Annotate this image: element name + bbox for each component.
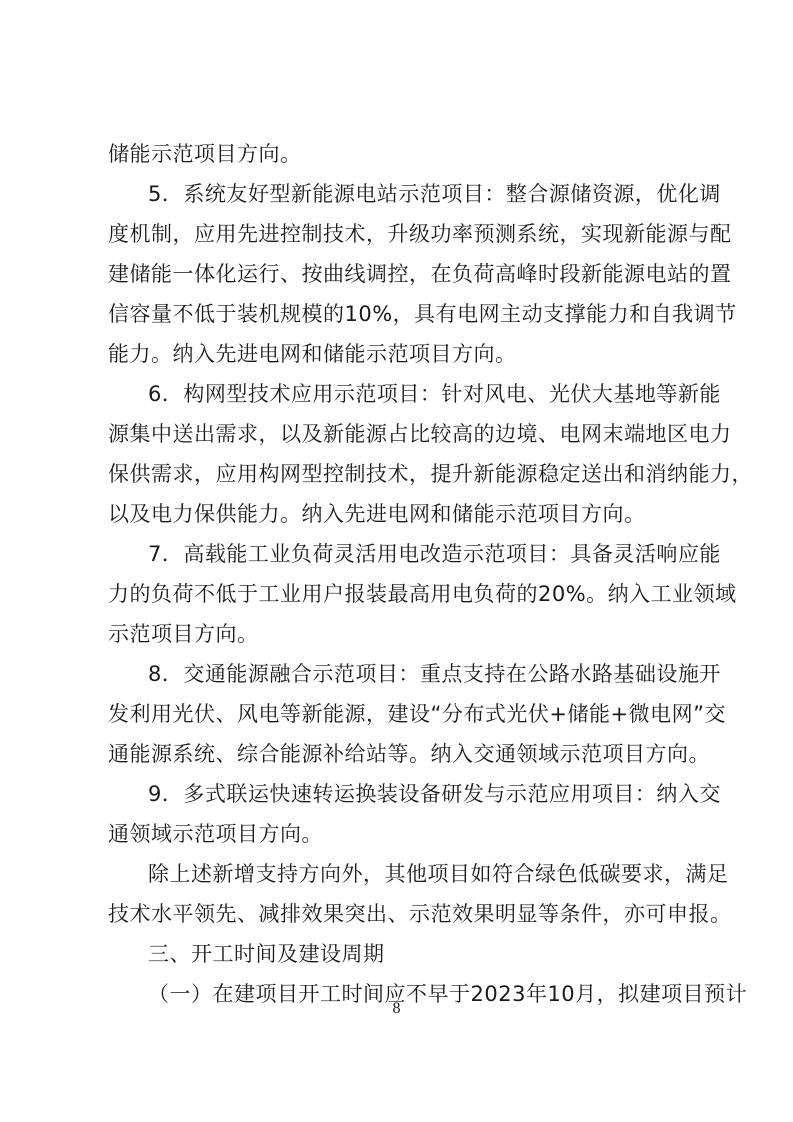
text-line: 通领域示范项目方向。	[108, 814, 688, 854]
text-line: 以及电力保供能力。纳入先进电网和储能示范项目方向。	[108, 494, 688, 534]
item-5-heading: 5．系统友好型新能源电站示范项目：整合源储资源，优化调	[108, 174, 688, 214]
body-text: 储能示范项目方向。 5．系统友好型新能源电站示范项目：整合源储资源，优化调 度机…	[108, 134, 688, 1014]
section-heading-3: 三、开工时间及建设周期	[108, 934, 688, 974]
text-line: 技术水平领先、减排效果突出、示范效果明显等条件，亦可申报。	[108, 894, 688, 934]
item-7-heading: 7．高载能工业负荷灵活用电改造示范项目：具备灵活响应能	[108, 534, 688, 574]
text-line: 能力。纳入先进电网和储能示范项目方向。	[108, 334, 688, 374]
page-number: 8	[0, 1000, 793, 1018]
text-line: 力的负荷不低于工业用户报装最高用电负荷的20%。纳入工业领域	[108, 574, 688, 614]
text-line: 发利用光伏、风电等新能源，建设“分布式光伏+储能+微电网”交	[108, 694, 688, 734]
text-line: 保供需求，应用构网型控制技术，提升新能源稳定送出和消纳能力，	[108, 454, 688, 494]
item-6-heading: 6．构网型技术应用示范项目：针对风电、光伏大基地等新能	[108, 374, 688, 414]
text-line: 示范项目方向。	[108, 614, 688, 654]
text-line: 通能源系统、综合能源补给站等。纳入交通领域示范项目方向。	[108, 734, 688, 774]
text-line: 信容量不低于装机规模的10%，具有电网主动支撑能力和自我调节	[108, 294, 688, 334]
text-line: 建储能一体化运行、按曲线调控，在负荷高峰时段新能源电站的置	[108, 254, 688, 294]
paragraph-other-projects: 除上述新增支持方向外，其他项目如符合绿色低碳要求，满足	[108, 854, 688, 894]
text-line: 源集中送出需求，以及新能源占比较高的边境、电网末端地区电力	[108, 414, 688, 454]
item-8-heading: 8．交通能源融合示范项目：重点支持在公路水路基础设施开	[108, 654, 688, 694]
document-page: 储能示范项目方向。 5．系统友好型新能源电站示范项目：整合源储资源，优化调 度机…	[0, 0, 793, 1122]
text-line: 储能示范项目方向。	[108, 134, 688, 174]
item-9-heading: 9．多式联运快速转运换装设备研发与示范应用项目：纳入交	[108, 774, 688, 814]
text-line: 度机制，应用先进控制技术，升级功率预测系统，实现新能源与配	[108, 214, 688, 254]
